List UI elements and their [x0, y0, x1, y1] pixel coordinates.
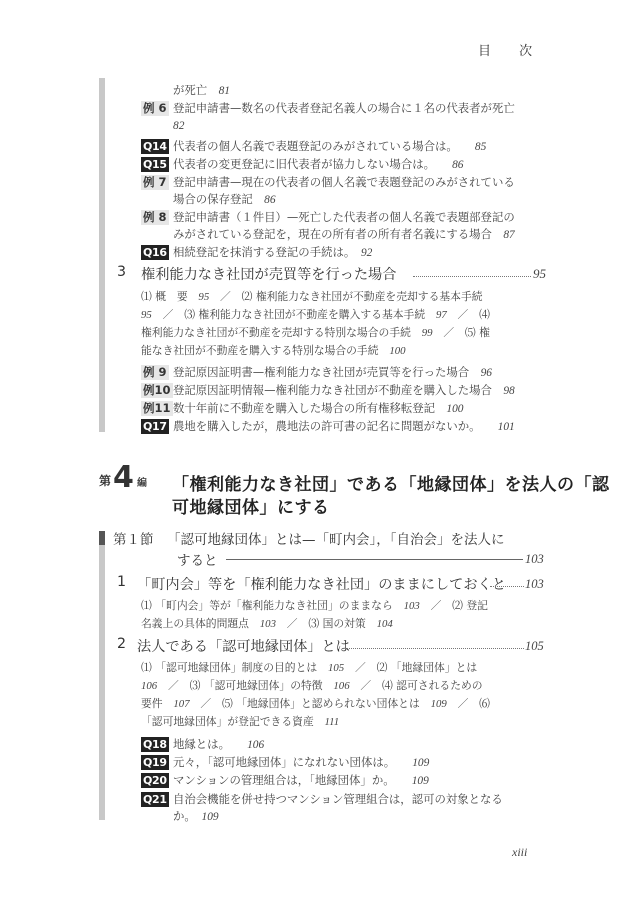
question-tag: Q16: [141, 245, 169, 260]
toc-entry[interactable]: 数十年前に不動産を購入した場合の所有権移転登記 100: [173, 400, 464, 417]
page-number: 82: [173, 120, 184, 132]
page-number: 99: [422, 327, 433, 339]
page-number: 100: [389, 345, 405, 357]
page-number: 86: [264, 194, 275, 206]
separator: ／: [200, 697, 211, 710]
continuation-line: が死亡 81: [173, 82, 230, 99]
page-number: 105: [328, 662, 344, 674]
example-tag: 例 6: [141, 101, 169, 116]
page-number: 111: [325, 716, 340, 728]
page-number: 92: [361, 247, 372, 259]
separator: ／: [168, 679, 179, 692]
page-number: 95: [141, 309, 152, 321]
subsection-link[interactable]: ⑷: [479, 308, 490, 321]
part-prefix: 第: [99, 472, 111, 489]
page-number: 109: [431, 698, 447, 710]
page-number: 98: [503, 385, 514, 397]
chapter-title-line-2[interactable]: すると: [177, 549, 218, 569]
page-number: 100: [446, 403, 463, 415]
section-page: 95: [533, 266, 546, 282]
dot-leader: [342, 648, 524, 649]
section-number: 2: [117, 636, 126, 652]
page-number: 106: [247, 739, 264, 751]
toc-entry[interactable]: マンションの管理組合は，「地縁団体」か。 109: [173, 772, 429, 789]
separator: ／: [163, 308, 174, 321]
separator: ／: [458, 308, 469, 321]
toc-entry[interactable]: 自治会機能を併せ持つマンション管理組合は，認可の対象となる: [173, 791, 503, 807]
section-title[interactable]: 「町内会」等を「権利能力なき社団」のままにしておくと: [137, 574, 506, 594]
toc-entry[interactable]: 地縁とは。 106: [173, 736, 264, 753]
toc-entry[interactable]: 代表者の変更登記に旧代表者が協力しない場合は。 86: [173, 156, 463, 173]
toc-entry[interactable]: 登記原因証明情報—権利能力なき社団が不動産を購入した場合 98: [173, 382, 515, 399]
example-tag: 例11: [141, 401, 173, 416]
subsection-link[interactable]: ⑸ 「地縁団体」と認められない団体とは: [222, 697, 420, 710]
separator: ／: [443, 326, 454, 339]
subsection-link[interactable]: 権利能力なき社団が不動産を売却する特別な場合の手続: [141, 326, 411, 339]
subsection-line: ⑴ 「町内会」等が「権利能力なき社団」のままなら 103 ／ ⑵ 登記: [141, 598, 488, 614]
separator: ／: [458, 697, 469, 710]
page-number: 85: [475, 141, 486, 153]
subsection-line: 95 ／ ⑶ 権利能力なき社団が不動産を購入する基本手続 97 ／ ⑷: [141, 307, 490, 323]
separator: ／: [431, 599, 442, 612]
toc-entry[interactable]: 代表者の個人名義で表題登記のみがされている場合は。 85: [173, 138, 486, 155]
subsection-link[interactable]: 「認可地縁団体」が登記できる資産: [141, 715, 314, 728]
toc-entry-page: 82: [173, 117, 184, 134]
subsection-line: 要件 107 ／ ⑸ 「地縁団体」と認められない団体とは 109 ／ ⑹: [141, 696, 490, 712]
toc-entry[interactable]: 登記申請書—現在の代表者の個人名義で表題登記のみがされている: [173, 174, 515, 190]
section-number: 3: [117, 264, 126, 280]
page-number: 109: [412, 775, 429, 787]
toc-entry[interactable]: 相続登記を抹消する登記の手続は。 92: [173, 244, 372, 261]
separator: ／: [355, 661, 366, 674]
part-suffix: 編: [137, 474, 147, 489]
toc-entry[interactable]: 登記申請書（１件目）—死亡した代表者の個人名義で表題部登記の: [173, 209, 515, 225]
page-number: 97: [436, 309, 447, 321]
example-tag: 例 8: [141, 210, 169, 225]
subsection-line: ⑴ 概 要 95 ／ ⑵ 権利能力なき社団が不動産を売却する基本手続: [141, 289, 483, 305]
page-number: 87: [503, 229, 514, 241]
subsection-link[interactable]: 名義上の具体的問題点: [141, 617, 249, 630]
question-tag: Q15: [141, 157, 169, 172]
question-tag: Q21: [141, 792, 169, 807]
page-number: 106: [141, 680, 157, 692]
page-number: 86: [452, 159, 463, 171]
part-number: 4: [113, 460, 134, 495]
dot-leader: [413, 276, 531, 277]
page-number: 103: [404, 600, 420, 612]
page-number: 95: [198, 291, 209, 303]
toc-entry[interactable]: 農地を購入したが，農地法の許可書の記名に問題がないか。 101: [173, 418, 515, 435]
chapter-label: 第１節: [113, 528, 154, 548]
subsection-link[interactable]: ⑴ 「認可地縁団体」制度の目的とは: [141, 661, 317, 674]
subsection-link[interactable]: 能なき社団が不動産を購入する特別な場合の手続: [141, 344, 379, 357]
separator: ／: [220, 290, 231, 303]
example-tag: 例 7: [141, 175, 169, 190]
toc-entry[interactable]: 登記申請書—数名の代表者登記名義人の場合に１名の代表者が死亡: [173, 100, 515, 116]
subsection-link[interactable]: ⑸ 権: [465, 326, 490, 339]
page-number: 109: [412, 757, 429, 769]
section-title[interactable]: 法人である「認可地縁団体」とは: [137, 636, 350, 656]
question-tag: Q17: [141, 419, 169, 434]
subsection-link[interactable]: ⑵ 登記: [452, 599, 488, 612]
question-tag: Q18: [141, 737, 169, 752]
subsection-line: ⑴ 「認可地縁団体」制度の目的とは 105 ／ ⑵ 「地縁団体」とは: [141, 660, 477, 676]
page-number: 107: [173, 698, 189, 710]
part-title-line-1[interactable]: 「権利能力なき社団」である「地縁団体」を法人の「認: [172, 470, 610, 495]
toc-entry[interactable]: 元々，「認可地縁団体」になれない団体は。 109: [173, 754, 429, 771]
page-number: 101: [498, 421, 515, 433]
toc-entry-cont: か。 109: [173, 808, 219, 825]
toc-entry-cont: みがされている登記を，現在の所有者の所有者名義にする場合 87: [173, 226, 515, 243]
separator: ／: [360, 679, 371, 692]
toc-entry[interactable]: 登記原因証明書—権利能力なき社団が売買等を行った場合 96: [173, 364, 492, 381]
question-tag: Q20: [141, 773, 169, 788]
subsection-line: 権利能力なき社団が不動産を売却する特別な場合の手続 99 ／ ⑸ 権: [141, 325, 490, 341]
page-number: 109: [202, 811, 219, 823]
dot-leader: [490, 586, 524, 587]
section-number: 1: [117, 574, 126, 590]
subsection-link[interactable]: ⑶ 国の対策: [308, 617, 365, 630]
part-title-line-2[interactable]: 可地縁団体」にする: [172, 493, 330, 518]
subsection-line: 「認可地縁団体」が登記できる資産 111: [141, 714, 339, 730]
page-folio: xiii: [512, 845, 527, 860]
subsection-link[interactable]: 要件: [141, 697, 163, 710]
section-page: 105: [525, 638, 544, 654]
section-bar: [99, 78, 105, 432]
subsection-link[interactable]: ⑹: [479, 697, 490, 710]
section-page: 103: [525, 576, 544, 592]
subsection-line: 106 ／ ⑶ 「認可地縁団体」の特徴 106 ／ ⑷ 認可されるための: [141, 678, 483, 694]
page-number: 106: [333, 680, 349, 692]
example-tag: 例10: [141, 383, 173, 398]
chapter-bar-marker: [99, 531, 105, 545]
question-tag: Q14: [141, 139, 169, 154]
separator: ／: [287, 617, 298, 630]
subsection-link[interactable]: ⑶ 「認可地縁団体」の特徴: [190, 679, 323, 692]
chapter-bar: [99, 545, 105, 820]
question-tag: Q19: [141, 755, 169, 770]
page-number: 104: [377, 618, 393, 630]
subsection-link[interactable]: ⑴ 「町内会」等が「権利能力なき社団」のままなら: [141, 599, 393, 612]
subsection-line: 能なき社団が不動産を購入する特別な場合の手続 100: [141, 343, 406, 359]
subsection-link[interactable]: ⑴ 概 要: [141, 290, 188, 303]
page-number: 96: [481, 367, 492, 379]
subsection-link[interactable]: ⑷ 認可されるための: [382, 679, 483, 692]
chapter-rule: [226, 559, 523, 560]
chapter-page: 103: [525, 551, 544, 567]
page-number: 81: [219, 85, 230, 97]
toc-entry-cont: 場合の保存登記 86: [173, 191, 276, 208]
page-number: 103: [260, 618, 276, 630]
subsection-link[interactable]: ⑵ 「地縁団体」とは: [377, 661, 478, 674]
example-tag: 例 9: [141, 365, 169, 380]
subsection-link[interactable]: ⑵ 権利能力なき社団が不動産を売却する基本手続: [242, 290, 483, 303]
subsection-line: 名義上の具体的問題点 103 ／ ⑶ 国の対策 104: [141, 616, 393, 632]
chapter-title-line-1[interactable]: 「認可地縁団体」とは—「町内会」，「自治会」を法人に: [167, 528, 505, 548]
section-title[interactable]: 権利能力なき社団が売買等を行った場合: [141, 264, 396, 284]
running-header: 目 次: [478, 40, 544, 59]
subsection-link[interactable]: ⑶ 権利能力なき社団が不動産を購入する基本手続: [184, 308, 425, 321]
